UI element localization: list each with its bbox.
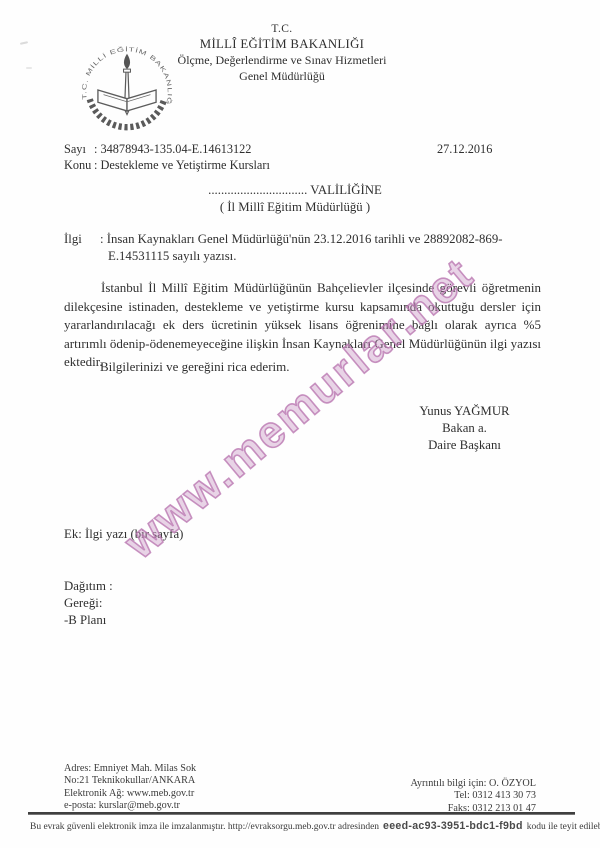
- footer-address-line: e-posta: kurslar@meb.gov.tr: [64, 800, 196, 812]
- footer-address-line: No:21 Teknikokullar/ANKARA: [64, 775, 196, 787]
- verification-prefix: Bu evrak güvenli elektronik imza ile imz…: [30, 822, 379, 832]
- scan-artifact: [20, 41, 28, 45]
- konu-label: Konu: [64, 157, 94, 173]
- footer-address: Adres: Emniyet Mah. Milas Sok No:21 Tekn…: [64, 763, 196, 812]
- verification-code: eeed-ac93-3951-bdc1-f9bd: [383, 820, 523, 832]
- recipient-line1: ............................... VALİLİĞİ…: [45, 182, 545, 199]
- letterhead-subunit: Genel Müdürlüğü: [32, 68, 532, 84]
- letterhead-ministry: MİLLÎ EĞİTİM BAKANLIĞI: [32, 36, 532, 52]
- letterhead-tc: T.C.: [32, 22, 532, 36]
- distribution-line2: -B Planı: [64, 612, 113, 629]
- signer-name: Yunus YAĞMUR: [392, 403, 537, 420]
- signature-block: Yunus YAĞMUR Bakan a. Daire Başkanı: [392, 403, 537, 453]
- footer-address-line: Adres: Emniyet Mah. Milas Sok: [64, 763, 196, 775]
- distribution-line1: Gereği:: [64, 595, 113, 612]
- signer-title2: Daire Başkanı: [392, 437, 537, 454]
- letterhead: T.C. MİLLÎ EĞİTİM BAKANLIĞI Ölçme, Değer…: [32, 22, 532, 84]
- ilgi-line2: E.14531115 sayılı yazısı.: [108, 248, 503, 265]
- ilgi-line1: : İnsan Kaynakları Genel Müdürlüğü'nün 2…: [100, 231, 503, 248]
- konu-row: Konu : Destekleme ve Yetiştirme Kursları: [64, 157, 270, 173]
- footer-contact: Ayrıntılı bilgi için: O. ÖZYOL Tel: 0312…: [300, 778, 536, 815]
- konu-value: : Destekleme ve Yetiştirme Kursları: [94, 157, 270, 173]
- closing-line: Bilgilerinizi ve gereğini rica ederim.: [100, 359, 290, 375]
- scanned-official-letter: T.C. MİLLİ EĞİTİM BAKANLIĞI T.C. MİLLÎ E…: [0, 0, 600, 848]
- verification-line: Bu evrak güvenli elektronik imza ile imz…: [30, 820, 582, 832]
- letter-date: 27.12.2016: [437, 142, 492, 157]
- distribution-label: Dağıtım :: [64, 578, 113, 595]
- footer-divider: [28, 812, 575, 815]
- letterhead-unit: Ölçme, Değerlendirme ve Sınav Hizmetleri: [32, 52, 532, 68]
- verification-suffix: kodu ile teyit edilebilir.: [527, 822, 600, 832]
- footer-contact-line: Ayrıntılı bilgi için: O. ÖZYOL: [300, 778, 536, 790]
- recipient-block: ............................... VALİLİĞİ…: [45, 182, 545, 216]
- ilgi-block: İlgi : İnsan Kaynakları Genel Müdürlüğü'…: [64, 231, 544, 264]
- recipient-line2: ( İl Millî Eğitim Müdürlüğü ): [45, 199, 545, 216]
- signer-title1: Bakan a.: [392, 420, 537, 437]
- footer-contact-line: Tel: 0312 413 30 73: [300, 790, 536, 802]
- sayi-label: Sayı: [64, 141, 94, 157]
- footer-address-line: Elektronik Ağ: www.meb.gov.tr: [64, 788, 196, 800]
- sayi-row: Sayı : 34878943-135.04-E.14613122: [64, 141, 270, 157]
- distribution-block: Dağıtım : Gereği: -B Planı: [64, 578, 113, 629]
- ilgi-text: : İnsan Kaynakları Genel Müdürlüğü'nün 2…: [100, 231, 503, 264]
- attachment-line: Ek: İlgi yazı (bir sayfa): [64, 527, 183, 542]
- sayi-value: : 34878943-135.04-E.14613122: [94, 141, 251, 157]
- ilgi-label: İlgi: [64, 231, 100, 264]
- reference-block: Sayı : 34878943-135.04-E.14613122 Konu :…: [64, 141, 270, 173]
